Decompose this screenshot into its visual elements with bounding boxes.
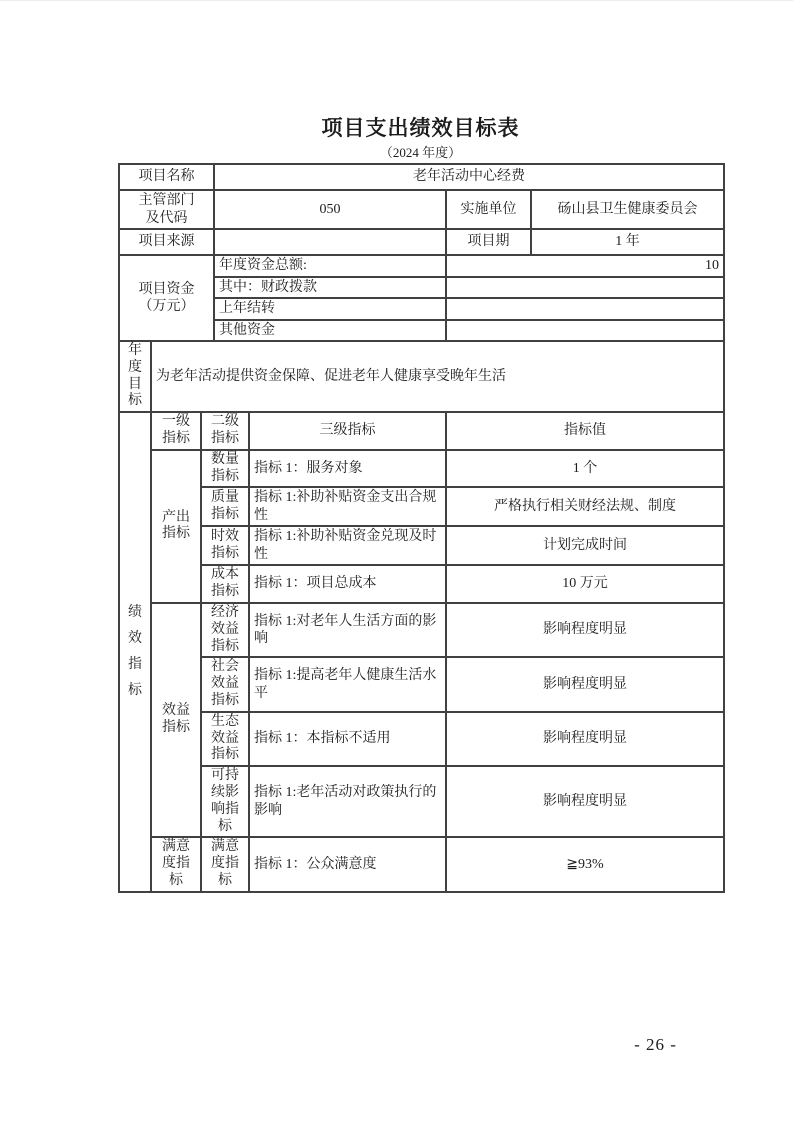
level2-sustainable: 可持续影响指标 (201, 766, 249, 837)
project-period-label: 项目期 (446, 229, 531, 255)
level2-cost: 成本指标 (201, 565, 249, 603)
annual-goal-label: 年度目标 (119, 341, 151, 412)
indicator-row-satisfaction: 满意度指标 满意度指标 指标 1：公众满意度 ≧93% (119, 837, 724, 891)
indicator-row-quality: 质量指标 指标 1:补助补贴资金支出合规性 严格执行相关财经法规、制度 (119, 487, 724, 526)
performance-target-table: 项目名称 老年活动中心经费 主管部门 及代码 050 实施单位 砀山县卫生健康委… (118, 163, 725, 893)
value-quality: 严格执行相关财经法规、制度 (446, 487, 724, 526)
implementing-unit-label: 实施单位 (446, 190, 531, 229)
funds-total-label: 年度资金总额: (214, 255, 446, 277)
indicator-row-sustainable: 可持续影响指标 指标 1:老年活动对政策执行的影响 影响程度明显 (119, 766, 724, 837)
department-code-value: 050 (214, 190, 446, 229)
funds-other-label: 其他资金 (214, 320, 446, 342)
level3-ecological: 指标 1：本指标不适用 (249, 712, 446, 766)
value-timeliness: 计划完成时间 (446, 526, 724, 565)
indicator-row-ecological: 生态效益指标 指标 1：本指标不适用 影响程度明显 (119, 712, 724, 766)
funds-fiscal-value (446, 277, 724, 299)
row-project-name: 项目名称 老年活动中心经费 (119, 164, 724, 190)
value-social: 影响程度明显 (446, 657, 724, 711)
header-level3: 三级指标 (249, 412, 446, 450)
level3-sustainable: 指标 1:老年活动对政策执行的影响 (249, 766, 446, 837)
page-top-edge (0, 0, 793, 1)
level2-social: 社会效益指标 (201, 657, 249, 711)
level3-economic: 指标 1:对老年人生活方面的影响 (249, 603, 446, 657)
row-department: 主管部门 及代码 050 实施单位 砀山县卫生健康委员会 (119, 190, 724, 229)
indicator-row-economic: 效益指标 经济效益指标 指标 1:对老年人生活方面的影响 影响程度明显 (119, 603, 724, 657)
value-satisfaction: ≧93% (446, 837, 724, 891)
project-name-label: 项目名称 (119, 164, 214, 190)
value-ecological: 影响程度明显 (446, 712, 724, 766)
performance-indicators-side-text: 绩效指标 (128, 600, 143, 704)
indicator-row-timeliness: 时效指标 指标 1:补助补贴资金兑现及时性 计划完成时间 (119, 526, 724, 565)
funds-label: 项目资金 （万元） (119, 255, 214, 341)
indicator-row-quantity: 产出指标 数量指标 指标 1：服务对象 1 个 (119, 450, 724, 488)
indicator-row-cost: 成本指标 指标 1：项目总成本 10 万元 (119, 565, 724, 603)
project-period-value: 1 年 (531, 229, 724, 255)
level3-quality: 指标 1:补助补贴资金支出合规性 (249, 487, 446, 526)
header-level1: 一级指标 (151, 412, 201, 450)
document-page: 项目支出绩效目标表 （2024 年度） 项目名称 老年活动中心经费 主管部门 及… (0, 0, 793, 1122)
document-subtitle: （2024 年度） (118, 145, 723, 161)
row-annual-goal: 年度目标 为老年活动提供资金保障、促进老年人健康享受晚年生活 (119, 341, 724, 412)
indicator-row-social: 社会效益指标 指标 1:提高老年人健康生活水平 影响程度明显 (119, 657, 724, 711)
level3-quantity: 指标 1：服务对象 (249, 450, 446, 488)
funds-fiscal-label: 其中：财政拨款 (214, 277, 446, 299)
row-project-source: 项目来源 项目期 1 年 (119, 229, 724, 255)
value-economic: 影响程度明显 (446, 603, 724, 657)
level2-quality: 质量指标 (201, 487, 249, 526)
level2-ecological: 生态效益指标 (201, 712, 249, 766)
funds-other-value (446, 320, 724, 342)
document-title: 项目支出绩效目标表 (118, 116, 723, 142)
level3-cost: 指标 1：项目总成本 (249, 565, 446, 603)
funds-carryover-value (446, 298, 724, 320)
row-indicator-header: 绩效指标 一级指标 二级指标 三级指标 指标值 (119, 412, 724, 450)
annual-goal-text: 为老年活动提供资金保障、促进老年人健康享受晚年生活 (151, 341, 724, 412)
group-benefit-label: 效益指标 (151, 603, 201, 837)
level2-economic: 经济效益指标 (201, 603, 249, 657)
level2-timeliness: 时效指标 (201, 526, 249, 565)
group-satisfaction-label: 满意度指标 (151, 837, 201, 891)
department-label: 主管部门 及代码 (119, 190, 214, 229)
project-source-value (214, 229, 446, 255)
header-value: 指标值 (446, 412, 724, 450)
header-level2: 二级指标 (201, 412, 249, 450)
level2-quantity: 数量指标 (201, 450, 249, 488)
funds-carryover-label: 上年结转 (214, 298, 446, 320)
row-funds-total: 项目资金 （万元） 年度资金总额: 10 (119, 255, 724, 277)
value-sustainable: 影响程度明显 (446, 766, 724, 837)
level2-satisfaction: 满意度指标 (201, 837, 249, 891)
implementing-unit-value: 砀山县卫生健康委员会 (531, 190, 724, 229)
project-source-label: 项目来源 (119, 229, 214, 255)
project-name-value: 老年活动中心经费 (214, 164, 724, 190)
level3-social: 指标 1:提高老年人健康生活水平 (249, 657, 446, 711)
page-number: - 26 - (613, 1035, 698, 1055)
annual-goal-label-text: 年度目标 (128, 343, 143, 410)
performance-indicators-side-label: 绩效指标 (119, 412, 151, 892)
funds-total-value: 10 (446, 255, 724, 277)
value-cost: 10 万元 (446, 565, 724, 603)
value-quantity: 1 个 (446, 450, 724, 488)
group-output-label: 产出指标 (151, 450, 201, 603)
level3-satisfaction: 指标 1：公众满意度 (249, 837, 446, 891)
level3-timeliness: 指标 1:补助补贴资金兑现及时性 (249, 526, 446, 565)
